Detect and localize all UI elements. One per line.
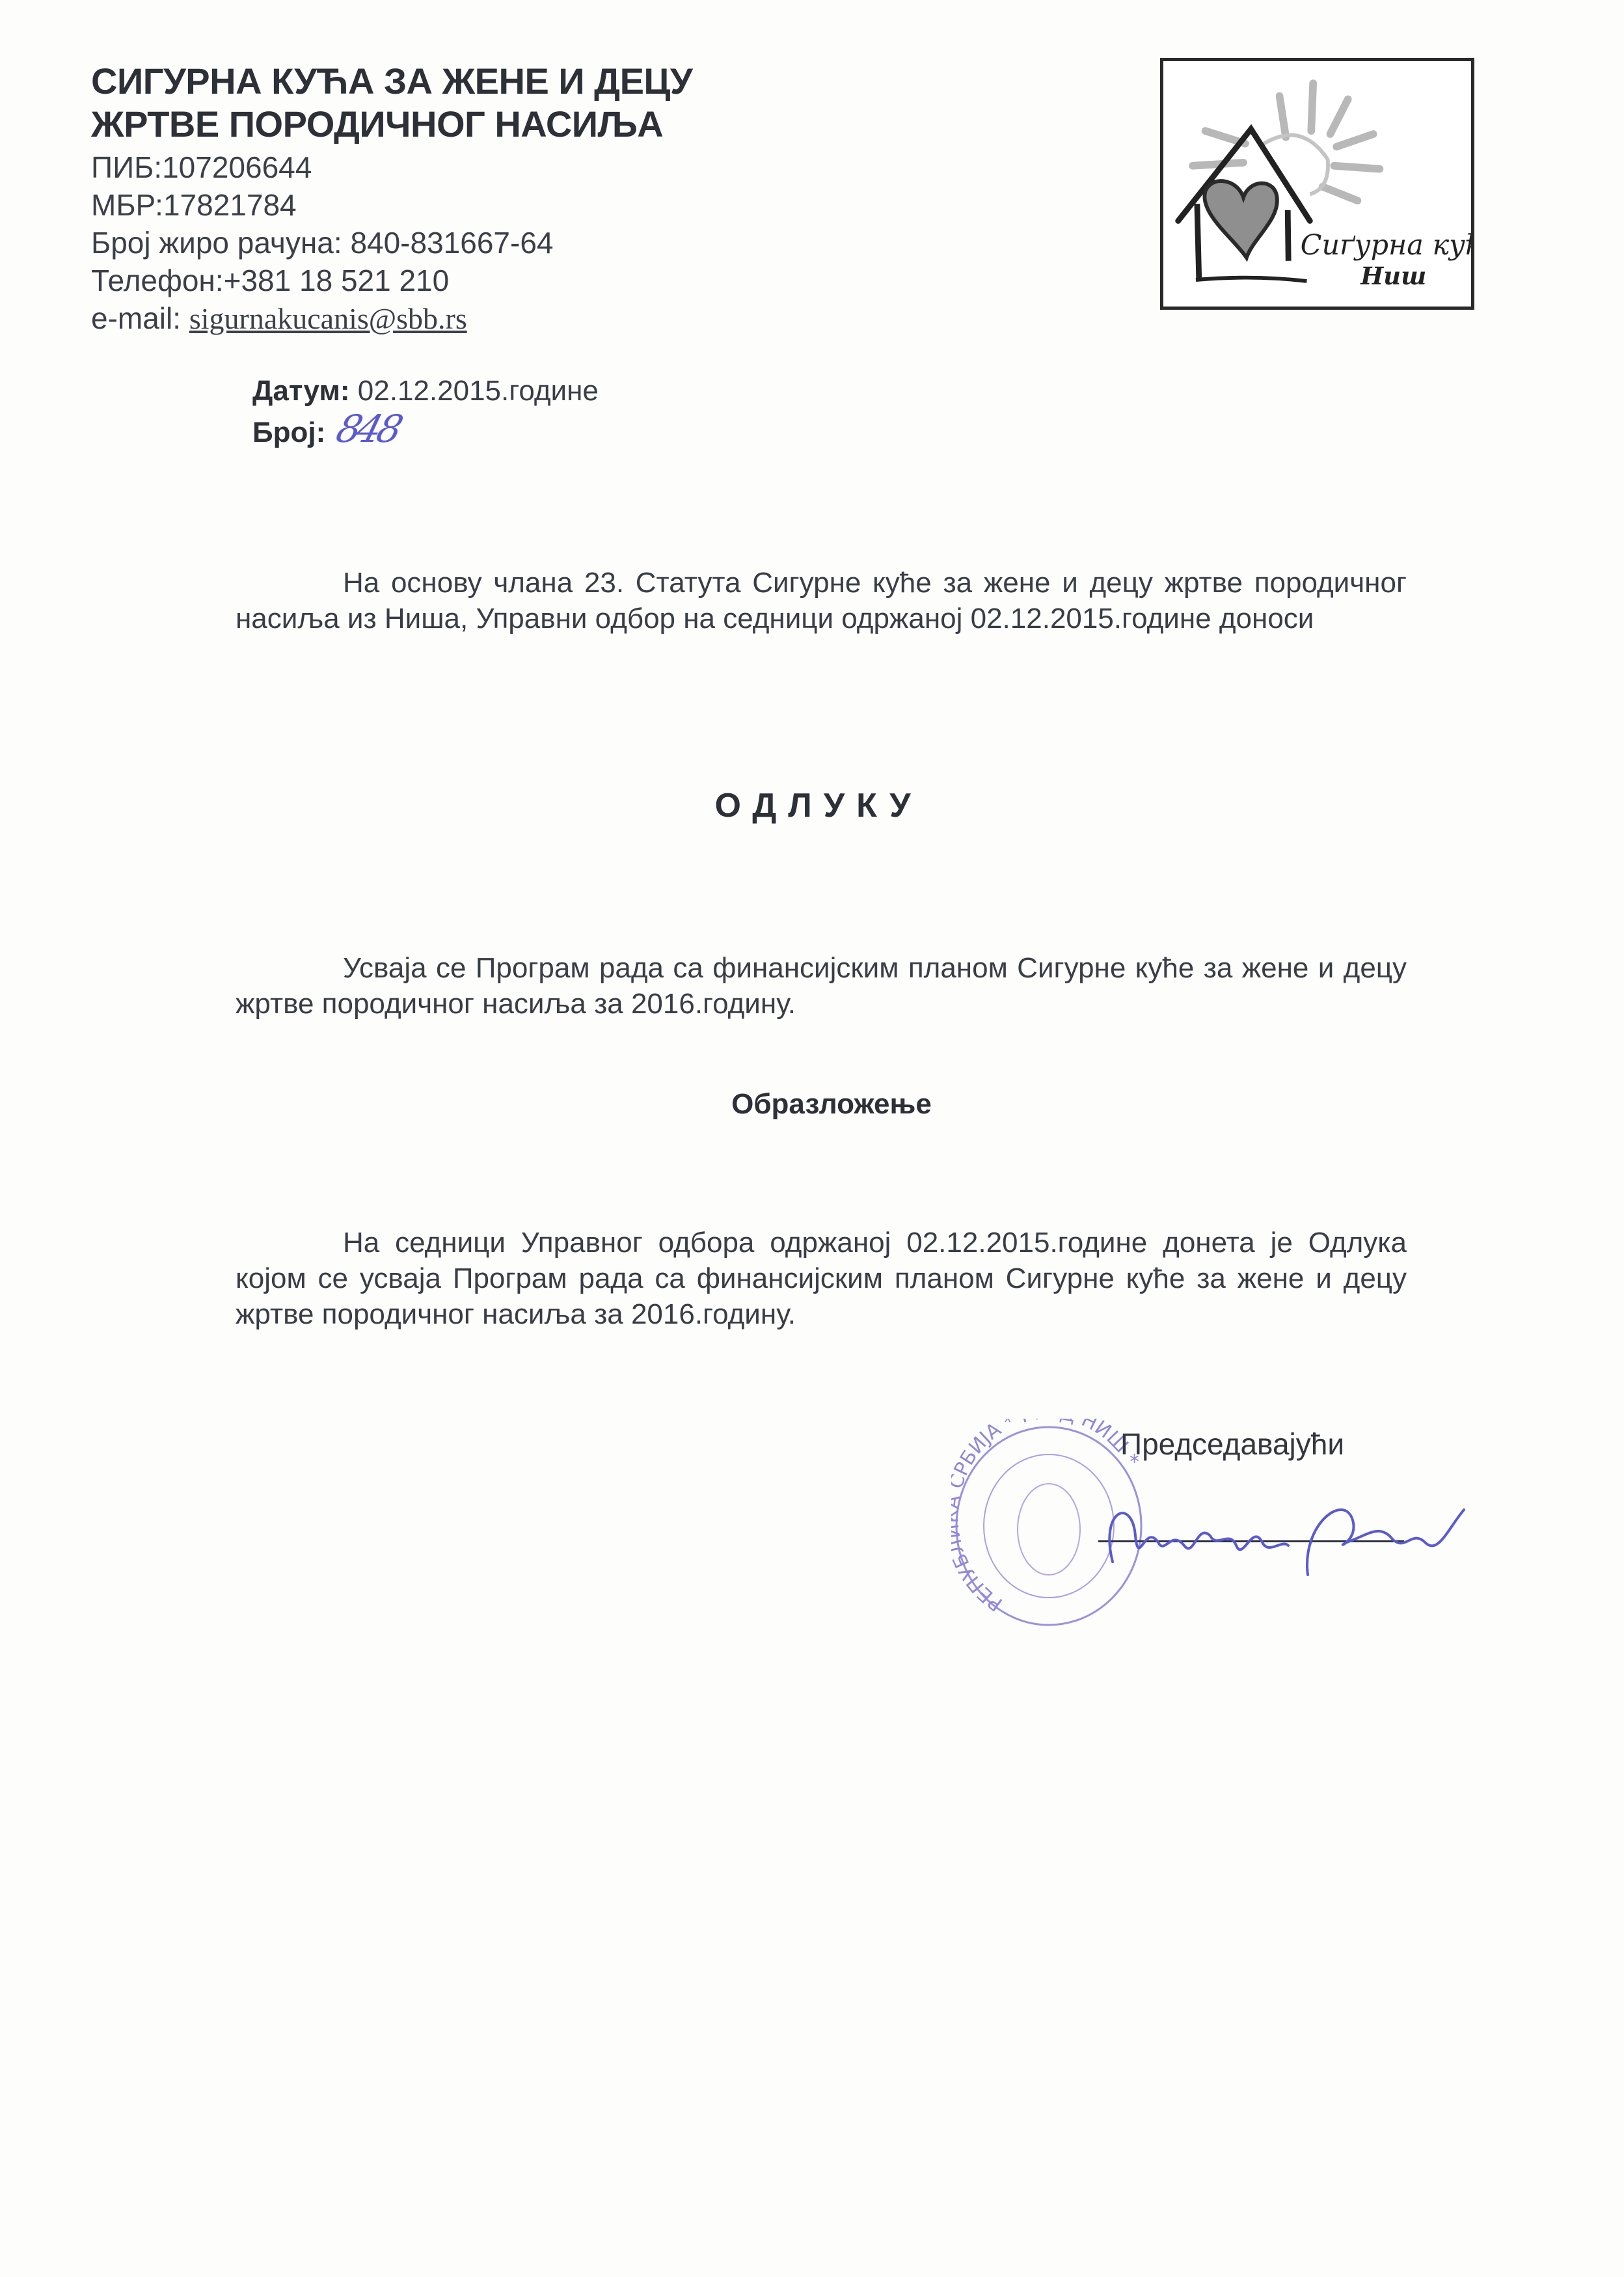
intro-paragraph: На основу члана 23. Статута Сигурне куће…	[236, 565, 1407, 636]
phone-label: Телефон:	[91, 264, 224, 297]
svg-text:Ниш: Ниш	[1360, 262, 1426, 290]
organization-name-line1: СИГУРНА КУЋА ЗА ЖЕНЕ И ДЕЦУ	[91, 60, 692, 103]
chairperson-title: Председавајући	[1120, 1426, 1344, 1462]
handwritten-number: 848	[332, 410, 403, 448]
svg-text:Сиґурна кућа: Сиґурна кућа	[1301, 229, 1471, 262]
rationale-paragraph: На седници Управног одбора одржаној 02.1…	[236, 1225, 1407, 1332]
decision-text: Усваја се Програм рада са финансијским п…	[236, 952, 1407, 1020]
organization-details: ПИБ:107206644 МБР:17821784 Број жиро рач…	[91, 148, 554, 338]
number-row: Број: 848	[252, 410, 599, 452]
number-label: Број:	[252, 416, 325, 448]
organization-name: СИГУРНА КУЋА ЗА ЖЕНЕ И ДЕЦУ ЖРТВЕ ПОРОДИ…	[91, 60, 692, 146]
decision-heading: ОДЛУКУ	[0, 786, 1624, 825]
rationale-text: На седници Управног одбора одржаној 02.1…	[236, 1227, 1407, 1330]
date-row: Датум: 02.12.2015.године	[252, 372, 599, 410]
bank-account-value: 840-831667-64	[350, 226, 553, 260]
bank-account-label: Број жиро рачуна:	[91, 226, 342, 260]
document-meta: Датум: 02.12.2015.године Број: 848	[252, 372, 599, 452]
date-value: 02.12.2015.године	[358, 375, 599, 407]
decision-paragraph: Усваја се Програм рада са финансијским п…	[236, 950, 1407, 1022]
house-heart-sun-icon: Сиґурна кућа Ниш	[1163, 61, 1471, 307]
email: e-mail: sigurnakucanis@sbb.rs	[91, 299, 554, 338]
pib: ПИБ:107206644	[91, 148, 554, 186]
handwritten-signature	[1074, 1484, 1490, 1601]
email-label: e-mail:	[91, 301, 181, 335]
phone-value: +381 18 521 210	[224, 264, 450, 297]
mbr: МБР:17821784	[91, 186, 554, 224]
email-link[interactable]: sigurnakucanis@sbb.rs	[189, 302, 467, 335]
organization-name-line2: ЖРТВЕ ПОРОДИЧНОГ НАСИЉА	[91, 103, 692, 146]
bank-account: Број жиро рачуна: 840-831667-64	[91, 224, 554, 262]
intro-text: На основу члана 23. Статута Сигурне куће…	[236, 567, 1407, 634]
phone: Телефон:+381 18 521 210	[91, 262, 554, 299]
date-label: Датум:	[252, 375, 350, 407]
rationale-heading: Образложење	[0, 1088, 1624, 1121]
logo: Сиґурна кућа Ниш	[1160, 58, 1474, 310]
